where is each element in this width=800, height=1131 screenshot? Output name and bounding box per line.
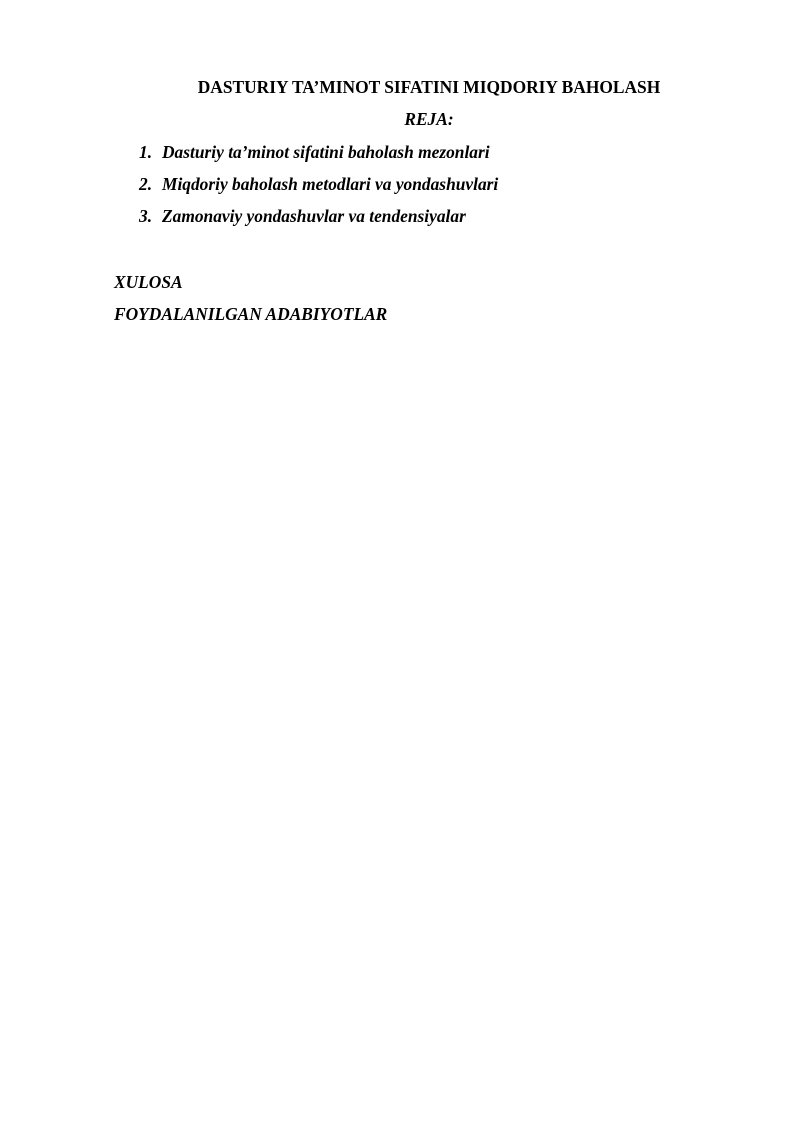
plan-item-number: 1. [139,141,162,163]
plan-list: 1.Dasturiy ta’minot sifatini baholash me… [139,141,498,237]
document-page: DASTURIY TA’MINOT SIFATINI MIQDORIY BAHO… [0,0,800,1131]
plan-item: 1.Dasturiy ta’minot sifatini baholash me… [139,141,498,173]
plan-item-text: Dasturiy ta’minot sifatini baholash mezo… [162,142,490,162]
document-title: DASTURIY TA’MINOT SIFATINI MIQDORIY BAHO… [0,76,800,98]
plan-item-number: 2. [139,173,162,195]
plan-item-text: Miqdoriy baholash metodlari va yondashuv… [162,174,498,194]
plan-heading: REJA: [0,108,800,130]
section-references: FOYDALANILGAN ADABIYOTLAR [114,303,387,325]
section-conclusion: XULOSA [114,271,183,293]
plan-item-text: Zamonaviy yondashuvlar va tendensiyalar [162,206,466,226]
plan-item-number: 3. [139,205,162,227]
plan-item: 2.Miqdoriy baholash metodlari va yondash… [139,173,498,205]
plan-item: 3.Zamonaviy yondashuvlar va tendensiyala… [139,205,498,237]
